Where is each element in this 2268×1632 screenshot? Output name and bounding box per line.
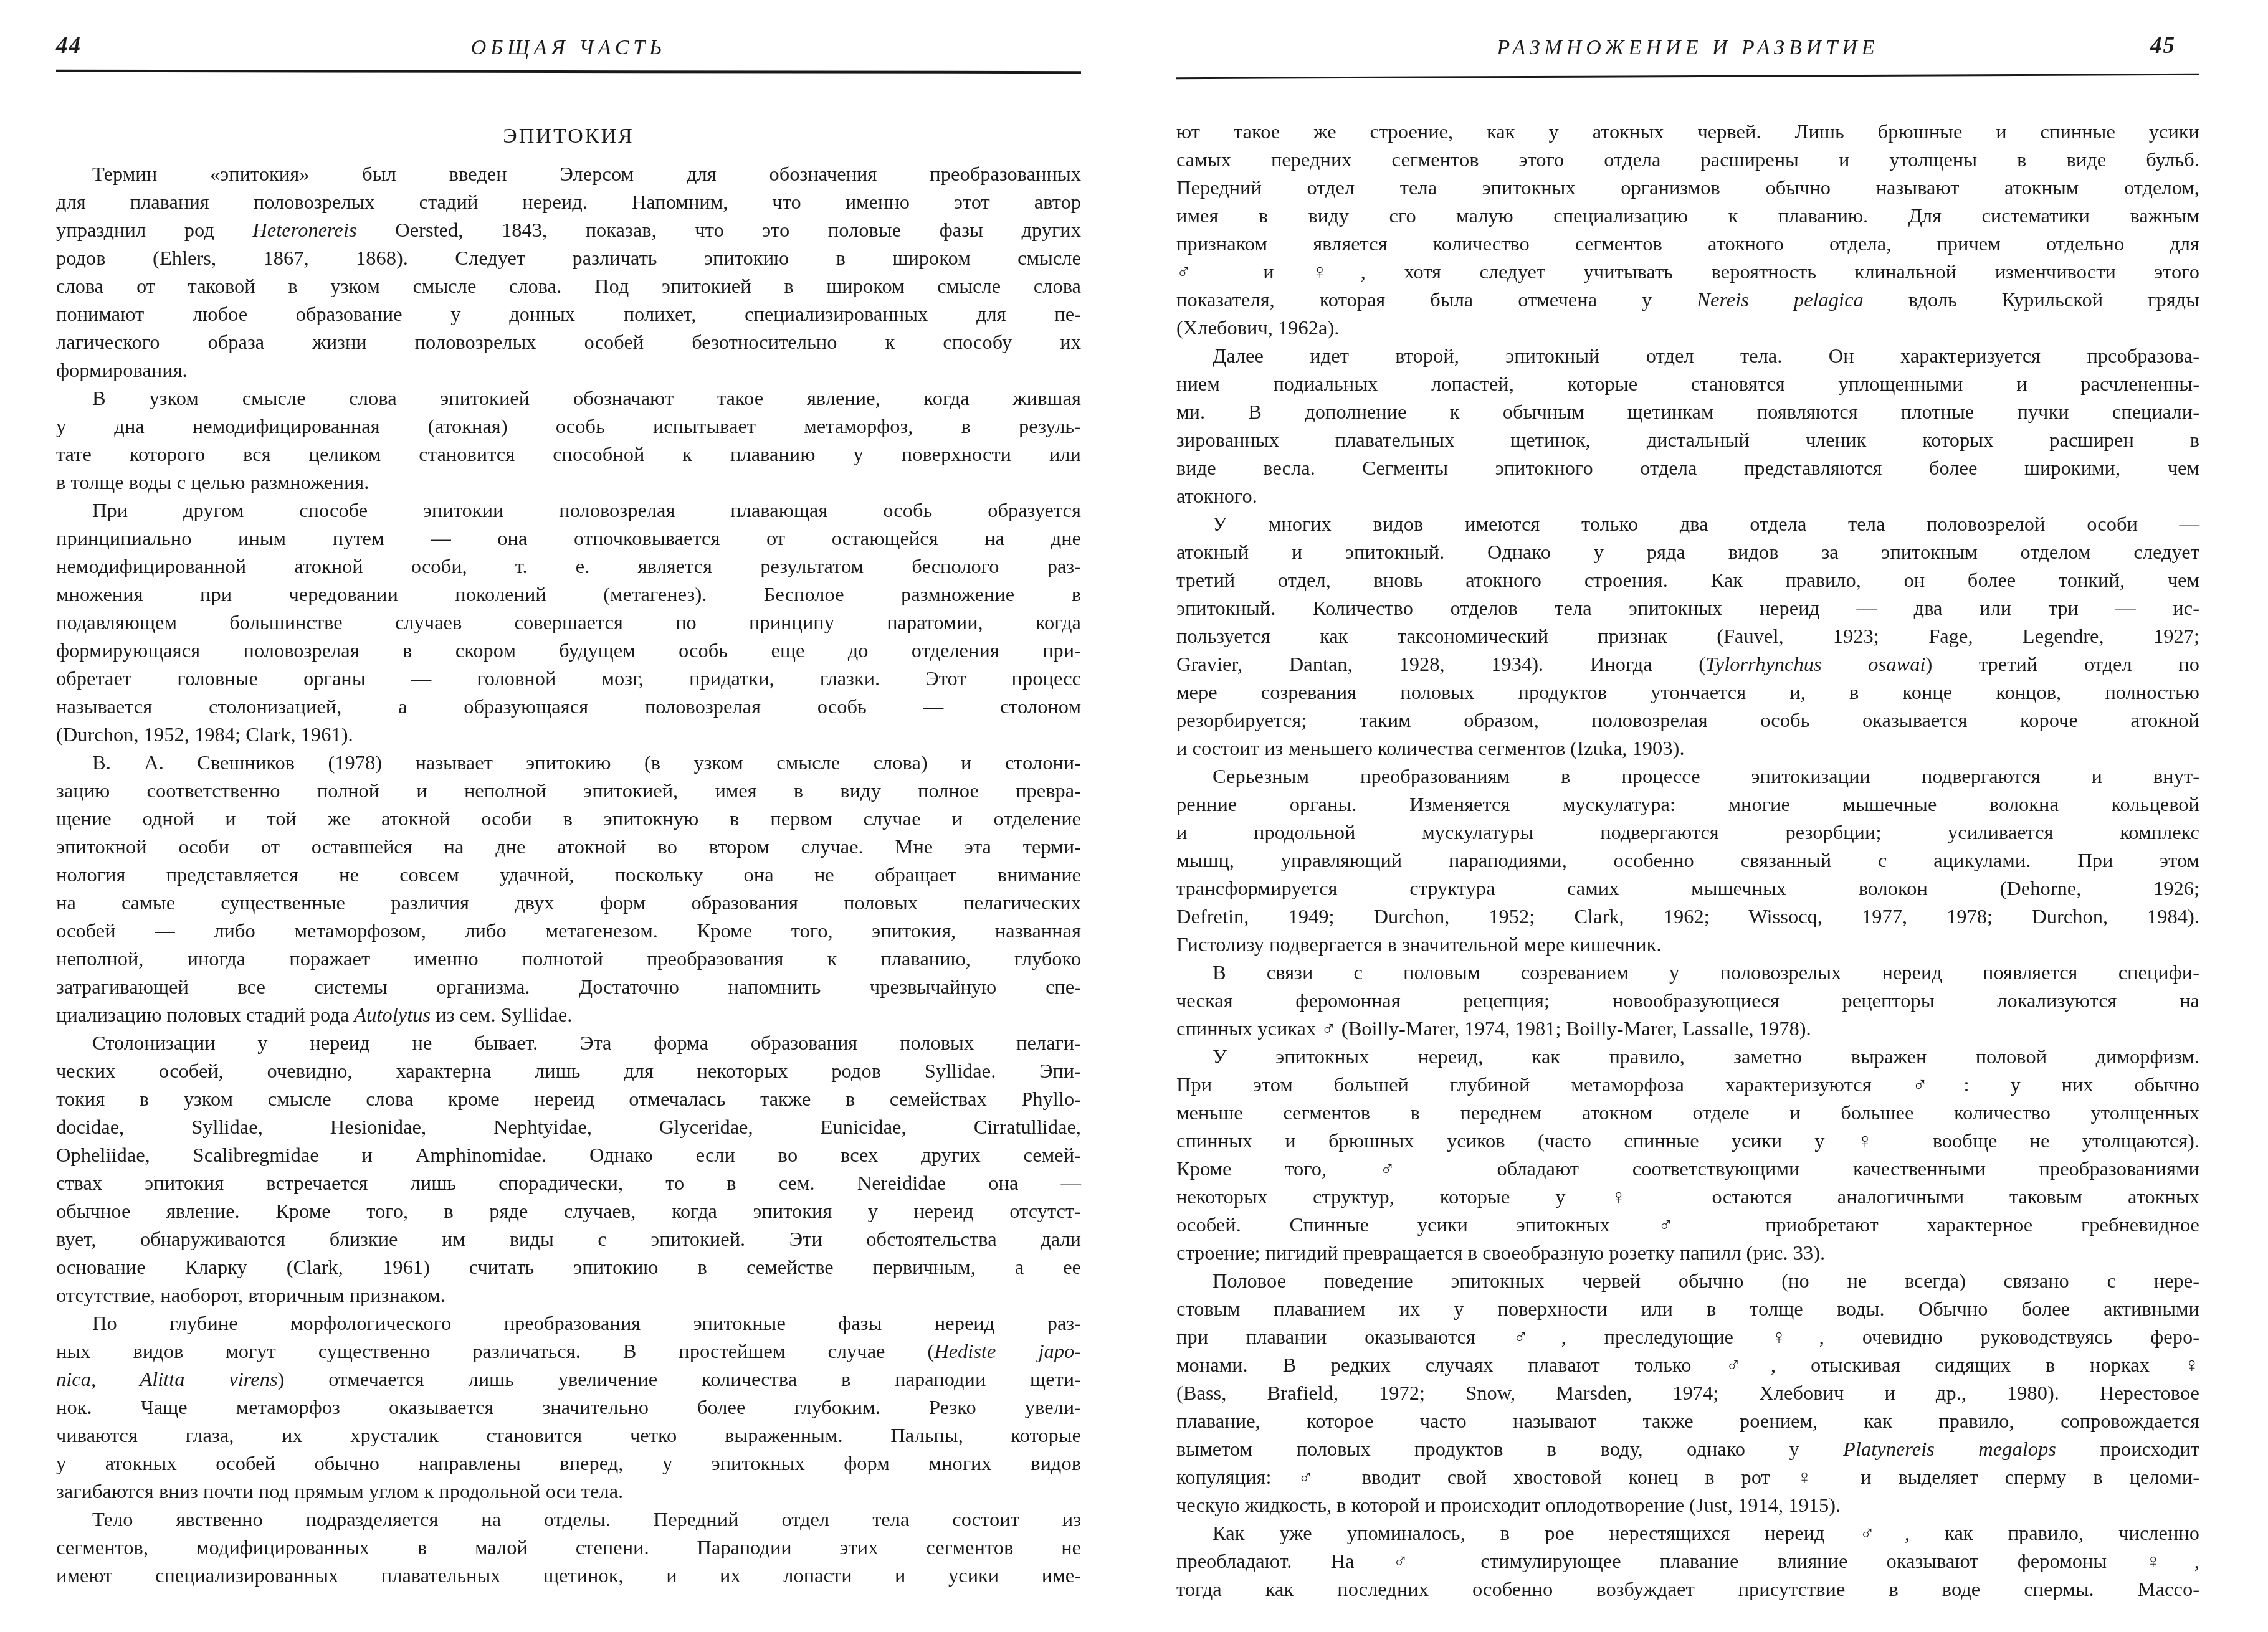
- text-line: строение; пигидий превращается в своеобр…: [1176, 1240, 2199, 1268]
- text-line: По глубине морфологического преобразован…: [56, 1310, 1081, 1338]
- text-line: признаком является количество сегментов …: [1176, 230, 2199, 259]
- text-line: имея в виду сго малую специализацию к пл…: [1176, 202, 2199, 230]
- text-line: стовым плаванием их у поверхности или в …: [1176, 1296, 2199, 1324]
- text-line: ных видов могут существенно различаться.…: [56, 1338, 1081, 1366]
- text-line: выметом половых продуктов в воду, однако…: [1176, 1436, 2199, 1464]
- text-line: У многих видов имеются только два отдела…: [1176, 511, 2199, 539]
- text-line: имеют специализированных плавательных ще…: [56, 1562, 1081, 1590]
- text-line: ♂ и ♀, хотя следует учитывать вероятност…: [1176, 259, 2199, 287]
- text-line: некоторых структур, которые у ♀ остаются…: [1176, 1184, 2199, 1212]
- text-line: лагического образа жизни половозрелых ос…: [56, 329, 1081, 357]
- text-line: множения при чередовании поколений (мета…: [56, 581, 1081, 609]
- text-line: Термин «эпитокия» был введен Элерсом для…: [56, 161, 1081, 189]
- text-line: эпитокной особи от оставшейся на дне ато…: [56, 833, 1081, 861]
- text-line: чиваются глаза, их хрусталик становится …: [56, 1422, 1081, 1450]
- text-line: резорбируется; таким образом, половозрел…: [1176, 707, 2199, 735]
- text-line: тате которого вся целиком становится спо…: [56, 441, 1081, 469]
- text-line: тогда как последних особенно возбуждает …: [1176, 1576, 2199, 1604]
- text-line: щение одной и той же атокной особи в эпи…: [56, 805, 1081, 833]
- text-line: (Bass, Brafield, 1972; Snow, Marsden, 19…: [1176, 1380, 2199, 1408]
- text-line: показателя, которая была отмечена у Nere…: [1176, 287, 2199, 315]
- text-line: формирования.: [56, 357, 1081, 385]
- running-head: ОБЩАЯ ЧАСТЬ: [56, 36, 1081, 60]
- text-line: ческую жидкость, в которой и происходит …: [1176, 1492, 2199, 1520]
- text-line: Серьезным преобразованиям в процессе эпи…: [1176, 763, 2199, 791]
- text-line: затрагивающей все системы организма. Дос…: [56, 974, 1081, 1002]
- text-line: мере созревания половых продуктов утонча…: [1176, 679, 2199, 707]
- text-line: токия в узком смысле слова кроме нереид …: [56, 1086, 1081, 1114]
- text-line: трансформируется структура самих мышечны…: [1176, 875, 2199, 903]
- text-line: особей — либо метаморфозом, либо метаген…: [56, 918, 1081, 946]
- book-page-left: 44 ОБЩАЯ ЧАСТЬ ЭПИТОКИЯ Термин «эпитокия…: [56, 0, 1081, 1632]
- text-line: Передний отдел тела эпитокных организмов…: [1176, 174, 2199, 202]
- text-line: ческая феромонная рецепция; новообразующ…: [1176, 987, 2199, 1015]
- text-line: эпитокный. Количество отделов тела эпито…: [1176, 595, 2199, 623]
- text-line: называется столонизацией, а образующаяся…: [56, 693, 1081, 721]
- text-column: Термин «эпитокия» был введен Элерсом для…: [56, 161, 1081, 1590]
- text-line: ми. В дополнение к обычным щетинкам появ…: [1176, 399, 2199, 427]
- text-line: В узком смысле слова эпитокией обозначаю…: [56, 385, 1081, 413]
- running-head: РАЗМНОЖЕНИЕ И РАЗВИТИЕ: [1176, 36, 2199, 60]
- text-line: В связи с половым созреванием у половозр…: [1176, 959, 2199, 987]
- text-line: обретает головные органы — головной мозг…: [56, 665, 1081, 693]
- text-line: (Durchon, 1952, 1984; Clark, 1961).: [56, 721, 1081, 749]
- text-line: сегментов, модифицированных в малой степ…: [56, 1534, 1081, 1562]
- text-line: виде весла. Сегменты эпитокного отдела п…: [1176, 455, 2199, 483]
- text-line: и продольной мускулатуры подвергаются ре…: [1176, 819, 2199, 847]
- text-line: родов (Ehlers, 1867, 1868). Следует разл…: [56, 245, 1081, 273]
- text-line: В. А. Свешников (1978) называет эпитокию…: [56, 749, 1081, 777]
- text-line: принципиально иным путем — она отпочковы…: [56, 525, 1081, 553]
- text-line: Как уже упоминалось, в рое нерестящихся …: [1176, 1520, 2199, 1548]
- text-line: упразднил род Heteronereis Oersted, 1843…: [56, 217, 1081, 245]
- text-line: Кроме того, ♂ обладают соответствующими …: [1176, 1155, 2199, 1184]
- text-line: ют такое же строение, как у атокных черв…: [1176, 118, 2199, 146]
- text-line: Opheliidae, Scalibregmidae и Amphinomida…: [56, 1142, 1081, 1170]
- text-line: обычное явление. Кроме того, в ряде случ…: [56, 1198, 1081, 1226]
- text-line: немодифицированной атокной особи, т. е. …: [56, 553, 1081, 581]
- text-line: неполной, иногда поражает именно полното…: [56, 946, 1081, 974]
- text-line: копуляция: ♂ вводит свой хвостовой конец…: [1176, 1464, 2199, 1492]
- text-line: у дна немодифицированная (атокная) особь…: [56, 413, 1081, 441]
- text-line: самых передних сегментов этого отдела ра…: [1176, 146, 2199, 174]
- text-line: зированных плавательных щетинок, дисталь…: [1176, 427, 2199, 455]
- book-page-right: РАЗМНОЖЕНИЕ И РАЗВИТИЕ 45 ют такое же ст…: [1176, 0, 2199, 1632]
- text-line: При этом большей глубиной метаморфоза ха…: [1176, 1071, 2199, 1099]
- text-line: Гистолизу подвергается в значительной ме…: [1176, 931, 2199, 959]
- text-line: меньше сегментов в переднем атокном отде…: [1176, 1099, 2199, 1127]
- text-line: Столонизации у нереид не бывает. Эта фор…: [56, 1030, 1081, 1058]
- text-line: в толще воды с целью размножения.: [56, 469, 1081, 497]
- text-line: атокный и эпитокный. Однако у ряда видов…: [1176, 539, 2199, 567]
- text-line: У эпитокных нереид, как правило, заметно…: [1176, 1043, 2199, 1071]
- text-line: Gravier, Dantan, 1928, 1934). Иногда (Ty…: [1176, 651, 2199, 679]
- text-line: подавляющем большинстве случаев совершае…: [56, 609, 1081, 637]
- text-line: циализацию половых стадий рода Autolytus…: [56, 1002, 1081, 1030]
- text-line: у атокных особей обычно направлены впере…: [56, 1450, 1081, 1478]
- text-line: Defretin, 1949; Durchon, 1952; Clark, 19…: [1176, 903, 2199, 931]
- text-line: Половое поведение эпитокных червей обычн…: [1176, 1268, 2199, 1296]
- text-line: формирующаяся половозрелая в скором буду…: [56, 637, 1081, 665]
- text-line: Тело явственно подразделяется на отделы.…: [56, 1506, 1081, 1534]
- text-line: пользуется как таксономический признак (…: [1176, 623, 2199, 651]
- text-line: мышц, управляющий параподиями, особенно …: [1176, 847, 2199, 875]
- text-line: при плавании оказываются ♂, преследующие…: [1176, 1324, 2199, 1352]
- text-line: атокного.: [1176, 483, 2199, 511]
- text-line: понимают любое образование у донных поли…: [56, 301, 1081, 329]
- text-line: нием подиальных лопастей, которые станов…: [1176, 371, 2199, 399]
- text-line: спинных и брюшных усиков (часто спинные …: [1176, 1127, 2199, 1155]
- text-line: вует, обнаруживаются близкие им виды с э…: [56, 1226, 1081, 1254]
- text-line: третий отдел, вновь атокного строения. К…: [1176, 567, 2199, 595]
- text-line: нок. Чаще метаморфоз оказывается значите…: [56, 1394, 1081, 1422]
- header-rule: [56, 70, 1081, 74]
- text-line: плавание, которое часто называют также р…: [1176, 1408, 2199, 1436]
- text-line: нология представляется не совсем удачной…: [56, 861, 1081, 890]
- header-rule: [1176, 74, 2199, 79]
- text-line: слова от таковой в узком смысле слова. П…: [56, 273, 1081, 301]
- text-line: спинных усиках ♂ (Boilly-Marer, 1974, 19…: [1176, 1015, 2199, 1043]
- text-line: Далее идет второй, эпитокный отдел тела.…: [1176, 343, 2199, 371]
- text-line: docidae, Syllidae, Hesionidae, Nephtyida…: [56, 1114, 1081, 1142]
- section-title: ЭПИТОКИЯ: [56, 125, 1081, 148]
- text-line: основание Кларку (Clark, 1961) считать э…: [56, 1254, 1081, 1282]
- text-line: и состоит из меньшего количества сегмент…: [1176, 735, 2199, 763]
- text-line: зацию соответственно полной и неполной э…: [56, 777, 1081, 805]
- text-line: ческих особей, очевидно, характерна лишь…: [56, 1058, 1081, 1086]
- text-line: ренние органы. Изменяется мускулатура: м…: [1176, 791, 2199, 819]
- text-line: особей. Спинные усики эпитокных ♂ приобр…: [1176, 1212, 2199, 1240]
- text-line: nica, Alitta virens) отмечается лишь уве…: [56, 1366, 1081, 1394]
- text-line: отсутствие, наоборот, вторичным признако…: [56, 1282, 1081, 1310]
- text-line: загибаются вниз почти под прямым углом к…: [56, 1478, 1081, 1506]
- text-line: (Хлебович, 1962а).: [1176, 315, 2199, 343]
- text-line: ствах эпитокия встречается лишь спорадич…: [56, 1170, 1081, 1198]
- text-line: монами. В редких случаях плавают только …: [1176, 1352, 2199, 1380]
- text-line: преобладают. На ♂ стимулирующее плавание…: [1176, 1548, 2199, 1576]
- text-line: При другом способе эпитокии половозрелая…: [56, 497, 1081, 525]
- text-line: на самые существенные различия двух форм…: [56, 890, 1081, 918]
- text-column: ют такое же строение, как у атокных черв…: [1176, 118, 2199, 1604]
- page-number: 45: [2150, 32, 2176, 59]
- text-line: для плавания половозрелых стадий нереид.…: [56, 189, 1081, 217]
